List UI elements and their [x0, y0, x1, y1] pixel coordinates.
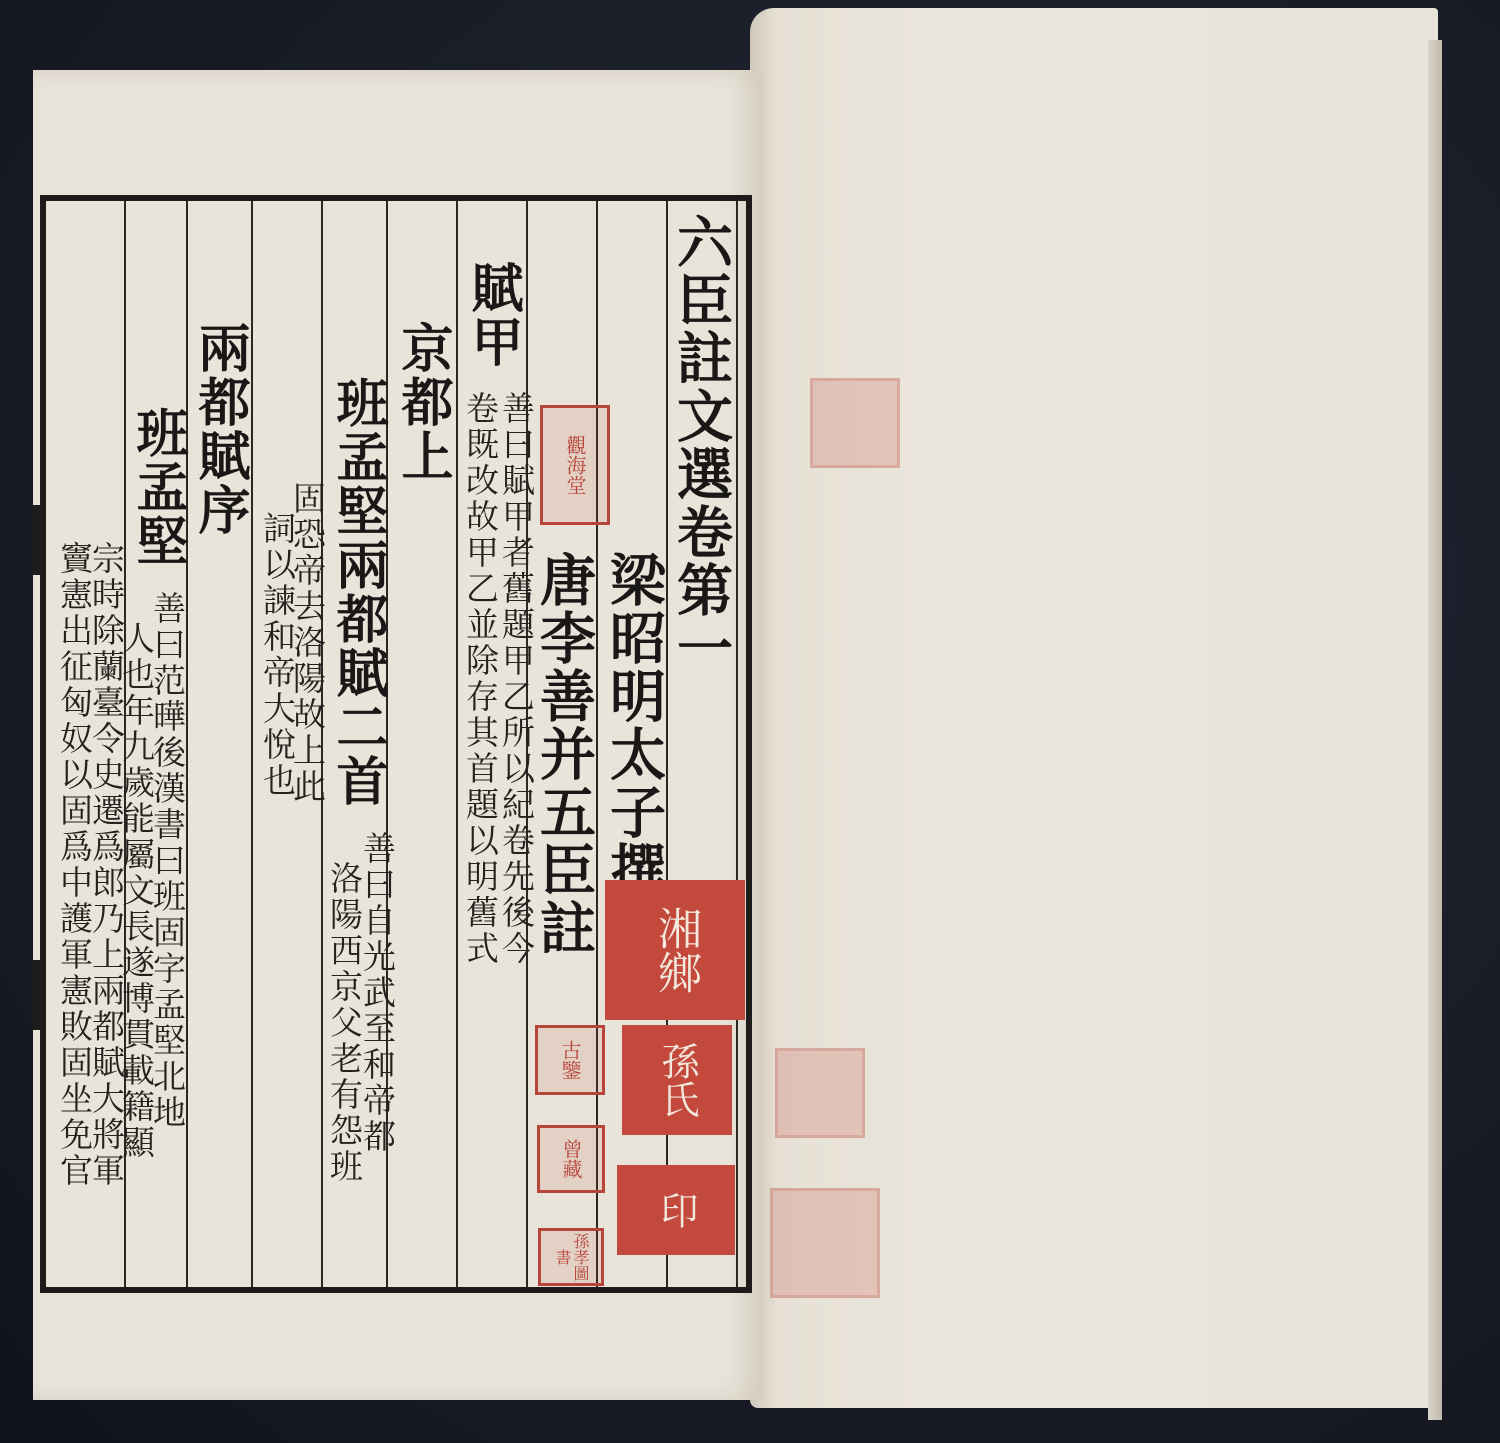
collector-seal: 曾藏	[537, 1125, 605, 1193]
work-title: 班孟堅兩都賦二首	[329, 376, 385, 808]
collector-seal: 湘鄉	[605, 880, 745, 1020]
collector-seal: 觀海堂	[540, 405, 610, 525]
right-blank-page	[750, 8, 1438, 1408]
compiler-line: 梁昭明太子撰	[604, 551, 664, 899]
offset-seal-mark	[770, 1188, 880, 1298]
volume-title: 六臣註文選卷第一	[671, 213, 731, 677]
author-annotation: 竇憲出征匈奴以固爲中護軍憲敗固坐免官	[56, 541, 92, 1189]
category-heading: 京都上	[394, 321, 450, 483]
collector-seal: 孫孝圖書	[538, 1228, 604, 1286]
section-annotation: 卷既改故甲乙並除存其首題以明舊式	[462, 391, 498, 967]
page-stack-edge	[1428, 40, 1442, 1420]
collector-seal: 古鑒	[535, 1025, 605, 1095]
section-heading: 賦甲	[464, 261, 520, 369]
work-annotation: 善曰自光武至和帝都	[359, 831, 395, 1155]
preface-title: 兩都賦序	[191, 321, 247, 537]
collector-seal: 孫氏	[622, 1025, 732, 1135]
author-name: 班孟堅	[129, 406, 185, 568]
work-annotation: 洛陽西京父老有怨班	[326, 861, 362, 1185]
note-annotation: 詞以諫和帝大悅也	[259, 511, 295, 799]
section-annotation: 善曰賦甲者舊題甲乙所以紀卷先後今	[498, 391, 534, 967]
offset-seal-mark	[810, 378, 900, 468]
offset-seal-mark	[775, 1048, 865, 1138]
collector-seal: 印	[617, 1165, 735, 1255]
annotator-line: 唐李善并五臣註	[534, 551, 594, 957]
